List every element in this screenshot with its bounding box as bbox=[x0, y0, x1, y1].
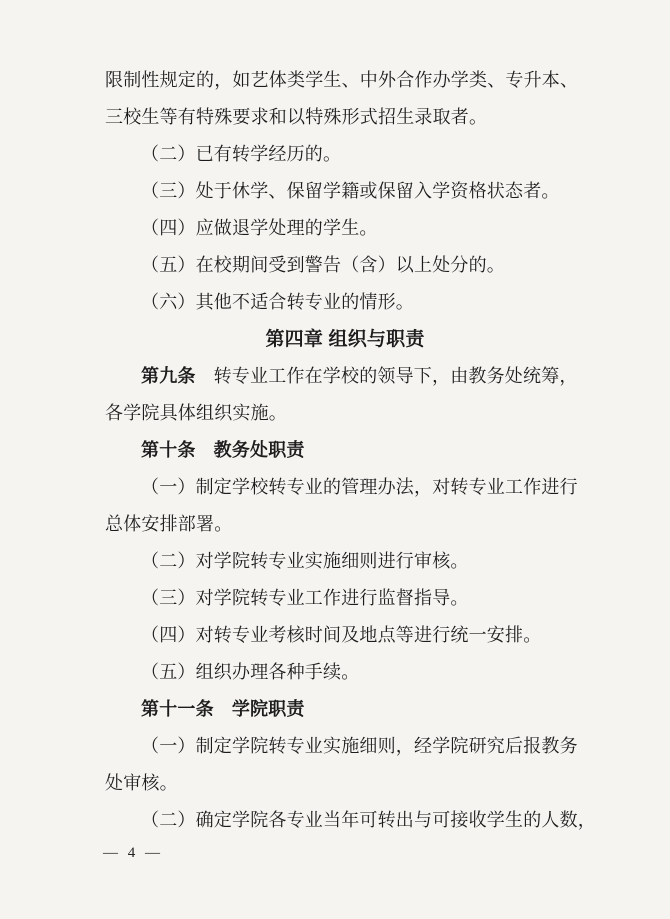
document-body: 限制性规定的，如艺体类学生、中外合作办学类、专升本、 三校生等有特殊要求和以特殊… bbox=[105, 62, 585, 839]
article-text: 教务处职责 bbox=[214, 440, 305, 460]
clause-line: （二）已有转学经历的。 bbox=[105, 136, 585, 173]
clause-line: （六）其他不适合转专业的情形。 bbox=[105, 284, 585, 321]
body-line: 总体安排部署。 bbox=[105, 506, 585, 543]
clause-line: （三）处于休学、保留学籍或保留入学资格状态者。 bbox=[105, 173, 585, 210]
document-page: 限制性规定的，如艺体类学生、中外合作办学类、专升本、 三校生等有特殊要求和以特殊… bbox=[0, 0, 670, 919]
clause-line: （二）对学院转专业实施细则进行审核。 bbox=[105, 543, 585, 580]
body-line: 各学院具体组织实施。 bbox=[105, 395, 585, 432]
article-number: 第九条 bbox=[141, 366, 196, 386]
body-line: 处审核。 bbox=[105, 765, 585, 802]
body-line: 限制性规定的，如艺体类学生、中外合作办学类、专升本、 bbox=[105, 62, 585, 99]
article-number: 第十条 bbox=[141, 440, 196, 460]
article-heading: 第九条转专业工作在学校的领导下，由教务处统筹， bbox=[105, 358, 585, 395]
article-number: 第十一条 bbox=[141, 699, 214, 719]
body-line: 三校生等有特殊要求和以特殊形式招生录取者。 bbox=[105, 99, 585, 136]
clause-line: （四）应做退学处理的学生。 bbox=[105, 210, 585, 247]
clause-line: （一）制定学院转专业实施细则，经学院研究后报教务 bbox=[105, 728, 585, 765]
clause-line: （一）制定学校转专业的管理办法，对转专业工作进行 bbox=[105, 469, 585, 506]
chapter-heading: 第四章 组织与职责 bbox=[105, 321, 585, 358]
clause-line: （四）对转专业考核时间及地点等进行统一安排。 bbox=[105, 617, 585, 654]
article-heading: 第十一条学院职责 bbox=[105, 691, 585, 728]
article-heading: 第十条教务处职责 bbox=[105, 432, 585, 469]
clause-line: （五）组织办理各种手续。 bbox=[105, 654, 585, 691]
clause-line: （二）确定学院各专业当年可转出与可接收学生的人数， bbox=[105, 802, 585, 839]
article-text: 学院职责 bbox=[232, 699, 305, 719]
clause-line: （三）对学院转专业工作进行监督指导。 bbox=[105, 580, 585, 617]
article-text: 转专业工作在学校的领导下，由教务处统筹， bbox=[214, 366, 578, 386]
page-number: — 4 — bbox=[103, 845, 163, 862]
clause-line: （五）在校期间受到警告（含）以上处分的。 bbox=[105, 247, 585, 284]
